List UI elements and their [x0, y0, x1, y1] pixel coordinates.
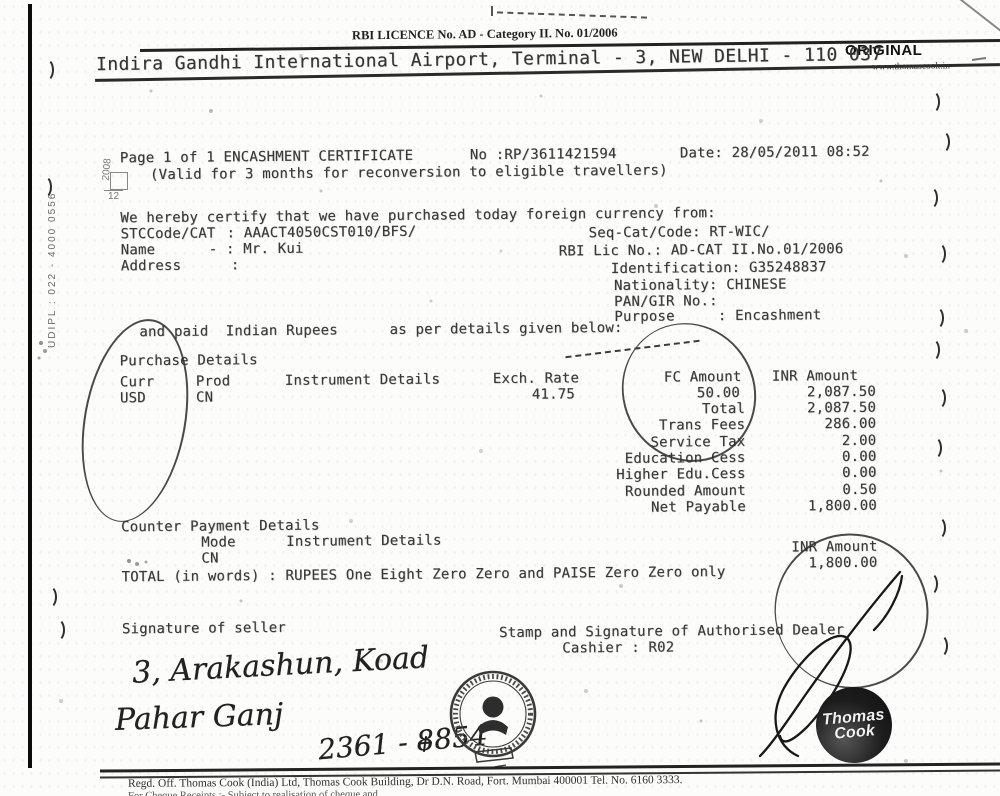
summary-value: 0.50 — [782, 482, 877, 499]
summary-value: 286.00 — [781, 416, 876, 433]
scan-arc — [929, 386, 946, 410]
scan-arc — [923, 338, 940, 362]
summary-label: Higher Edu.Cess — [446, 466, 746, 485]
summary-value: 0.00 — [782, 465, 877, 482]
scan-arc — [933, 130, 950, 154]
name-label: Name — [121, 242, 156, 258]
stccode-value: : AAACT4050CST010/BFS/ — [226, 224, 416, 242]
summary-value: 2,087.50 — [781, 400, 876, 417]
counter-mode-value: CN — [201, 550, 218, 566]
col-instrument: Instrument Details — [285, 372, 440, 389]
identification: Identification: G35248837 — [611, 259, 827, 277]
row-prod: CN — [196, 390, 213, 406]
paid-line: and paid Indian Rupees as per details gi… — [139, 320, 622, 340]
summary-value: 2.00 — [781, 433, 876, 450]
scan-arc — [40, 585, 57, 609]
stccode-label: STCCode/CAT — [120, 225, 215, 242]
scan-arc — [48, 618, 65, 642]
counter-payment-title: Counter Payment Details — [121, 518, 320, 536]
col-exch-rate: Exch. Rate — [493, 370, 579, 387]
scan-arc — [929, 242, 946, 266]
scanned-encashment-certificate: UDIPL : 022 - 4000 0556 2008 12 RBI LICE… — [0, 0, 1000, 796]
row-inr-amount: 2,087.50 — [781, 384, 876, 401]
scan-arc — [929, 516, 946, 540]
col-counter-instrument: Instrument Details — [286, 533, 441, 550]
scan-arc — [921, 186, 938, 210]
col-mode: Mode — [201, 534, 236, 550]
address-value: : — [231, 257, 240, 273]
handwritten-address-line2: Pahar Ganj — [114, 697, 283, 738]
footer-cheque-note: For Cheque Receipts :- Subject to realis… — [128, 789, 388, 796]
col-inr-amount: INR Amount — [772, 368, 858, 385]
signature-of-seller-label: Signature of seller — [122, 620, 286, 637]
summary-value: 1,800.00 — [782, 498, 877, 515]
seq-cat-code: Seq-Cat/Code: RT-WIC/ — [588, 224, 769, 242]
logo-word-cook: Cook — [834, 723, 876, 741]
page-info: Page 1 of 1 ENCASHMENT CERTIFICATE — [120, 148, 414, 167]
certify-line: We hereby certify that we have purchased… — [120, 205, 716, 226]
total-in-words: TOTAL (in words) : RUPEES One Eight Zero… — [121, 564, 725, 585]
certificate-date: Date: 28/05/2011 08:52 — [680, 144, 870, 162]
scan-arc — [925, 436, 942, 460]
cashier-label: Cashier : R02 — [562, 639, 674, 656]
scan-arc — [923, 90, 940, 114]
scan-arc — [927, 306, 944, 330]
col-prod: Prod — [196, 373, 231, 389]
scan-arc — [37, 58, 54, 82]
name-value: - : Mr. Kui — [209, 241, 304, 258]
purpose: Purpose : Encashment — [614, 307, 821, 325]
summary-label: Net Payable — [446, 499, 746, 518]
rbi-lic-no: RBI Lic No.: AD-CAT II.No.01/2006 — [559, 241, 844, 259]
address-label: Address — [121, 258, 182, 275]
nationality: Nationality: CHINESE — [614, 276, 787, 294]
scan-noise — [0, 0, 2, 2]
scan-arc — [931, 634, 948, 658]
summary-value: 0.00 — [781, 449, 876, 466]
row-exch-rate: 41.75 — [480, 386, 575, 403]
certificate-number: No :RP/3611421594 — [470, 146, 617, 163]
scan-arc — [921, 572, 938, 596]
validity-note: (Valid for 3 months for reconversion to … — [150, 163, 668, 184]
official-round-stamp — [437, 664, 549, 776]
scan-arc — [35, 175, 52, 199]
